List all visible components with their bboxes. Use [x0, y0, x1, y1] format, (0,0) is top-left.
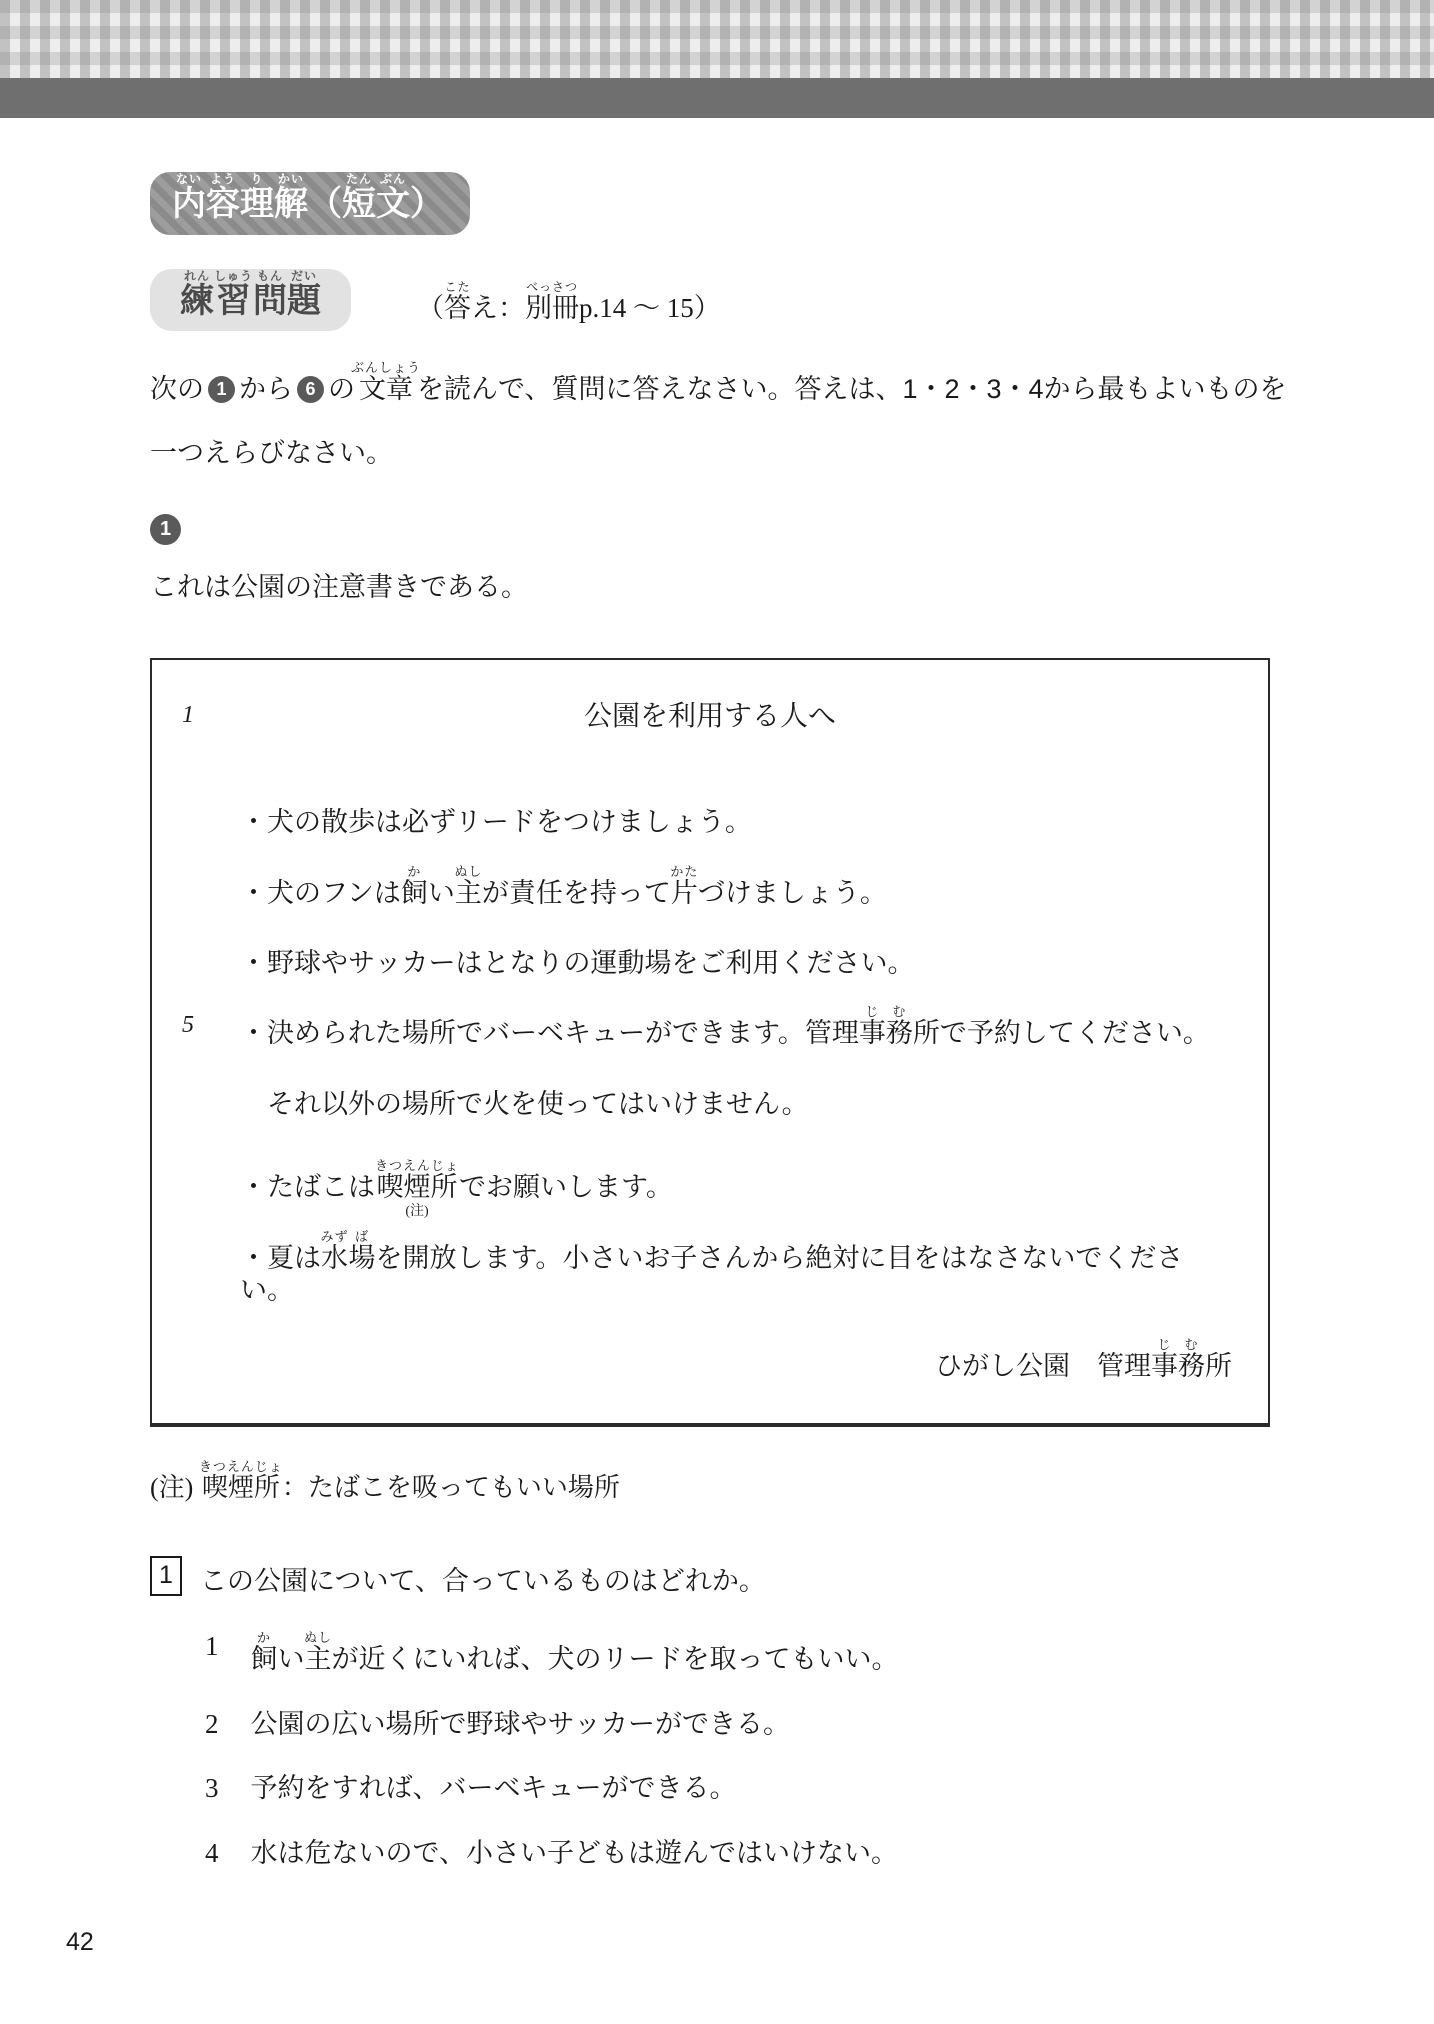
page-content: 内ない容よう理り解かい（短たん文ぶん） 練れん習しゅう問もん題だい （答こたえ：… [150, 118, 1294, 1883]
notice-signature: ひがし公園 管理事じ務む所 [240, 1324, 1232, 1383]
notice-bullet: ・犬のフンは飼かい主ぬしが責任を持って片かたづけましょう。 [240, 857, 1232, 909]
section-title-text: 内ない容よう理り解かい（短たん文ぶん） [172, 185, 444, 223]
notice-bullet: ・夏は水みず場ばを開放します。小さいお子さんから絶対に目をはなさないでください。 [240, 1222, 1232, 1307]
notice-bullet-continuation: それ以外の場所で火を使ってはいけません。 [240, 1068, 1232, 1120]
footnote: (注) 喫煙所きつえんじょ：たばこを吸ってもいい場所 [150, 1449, 1294, 1504]
option-row: 4 水は危ないので、小さい子どもは遊んではいけない。 [150, 1819, 1294, 1869]
circled-1-icon: 1 [208, 376, 235, 403]
instructions: 次の1から6の文章ぶんしょうを読んで、質問に答えなさい。答えは、1・2・3・4か… [150, 355, 1294, 471]
option-number: 4 [205, 1837, 219, 1869]
line-number-1: 1 [182, 702, 194, 729]
option-text: 公園の広い場所で野球やサッカーができる。 [251, 1708, 790, 1740]
answer-location-note: （答こたえ：別冊べっさつp.14 ～ 15） [417, 276, 721, 325]
notice-title: 公園を利用する人へ [188, 660, 1232, 734]
instructions-line-1: 次の1から6の文章ぶんしょうを読んで、質問に答えなさい。答えは、1・2・3・4か… [150, 355, 1294, 407]
option-number: 1 [205, 1630, 219, 1675]
instructions-line-2: 一つえらびなさい。 [150, 419, 1294, 471]
section-title-badge: 内ない容よう理り解かい（短たん文ぶん） [150, 172, 470, 235]
answer-note-text: （答こたえ：別冊べっさつp.14 ～ 15） [417, 293, 721, 323]
notice-bullet: ・たばこは喫煙所きつえんじょ(注)でお願いします。 [240, 1138, 1232, 1203]
line-number-5: 5 [182, 1012, 194, 1039]
notice-box: 1 5 公園を利用する人へ ・犬の散歩は必ずリードをつけましょう。 ・犬のフンは… [150, 658, 1270, 1427]
gray-bar [0, 78, 1434, 118]
option-text: 予約をすれば、バーベキューができる。 [251, 1772, 737, 1804]
circled-6-icon: 6 [297, 376, 324, 403]
practice-row: 練れん習しゅう問もん題だい （答こたえ：別冊べっさつp.14 ～ 15） [150, 269, 1294, 330]
question-row: 1 この公園について、合っているものはどれか。 [150, 1556, 1294, 1598]
circled-1-icon: 1 [150, 514, 181, 545]
practice-badge-text: 練れん習しゅう問もん題だい [180, 282, 321, 320]
option-row: 3 予約をすれば、バーベキューができる。 [150, 1754, 1294, 1804]
option-number: 2 [205, 1708, 219, 1740]
notice-bullet: ・野球やサッカーはとなりの運動場をご利用ください。 [240, 927, 1232, 979]
footnote-marker: (注) [405, 1205, 428, 1219]
gingham-band [0, 0, 1434, 78]
option-text: 飼かい主ぬしが近くにいれば、犬のリードを取ってもいい。 [251, 1630, 899, 1675]
question-text: この公園について、合っているものはどれか。 [200, 1556, 766, 1598]
answer-options: 1 飼かい主ぬしが近くにいれば、犬のリードを取ってもいい。 2 公園の広い場所で… [150, 1612, 1294, 1869]
item-number-marker: 1 [150, 514, 1294, 545]
question-number-box: 1 [150, 1556, 182, 1596]
option-row: 2 公園の広い場所で野球やサッカーができる。 [150, 1690, 1294, 1740]
practice-problems-badge: 練れん習しゅう問もん題だい [150, 269, 351, 330]
notice-bullet: ・犬の散歩は必ずリードをつけましょう。 [240, 786, 1232, 838]
notice-bullet: ・決められた場所でバーベキューができます。管理事じ務む所で予約してください。 [240, 997, 1232, 1049]
option-row: 1 飼かい主ぬしが近くにいれば、犬のリードを取ってもいい。 [150, 1612, 1294, 1675]
page-number: 42 [66, 1928, 94, 1957]
textbook-page: 内ない容よう理り解かい（短たん文ぶん） 練れん習しゅう問もん題だい （答こたえ：… [0, 0, 1434, 2024]
option-text: 水は危ないので、小さい子どもは遊んではいけない。 [251, 1837, 898, 1869]
item-intro-text: これは公園の注意書きである。 [150, 565, 1294, 604]
option-number: 3 [205, 1772, 219, 1804]
